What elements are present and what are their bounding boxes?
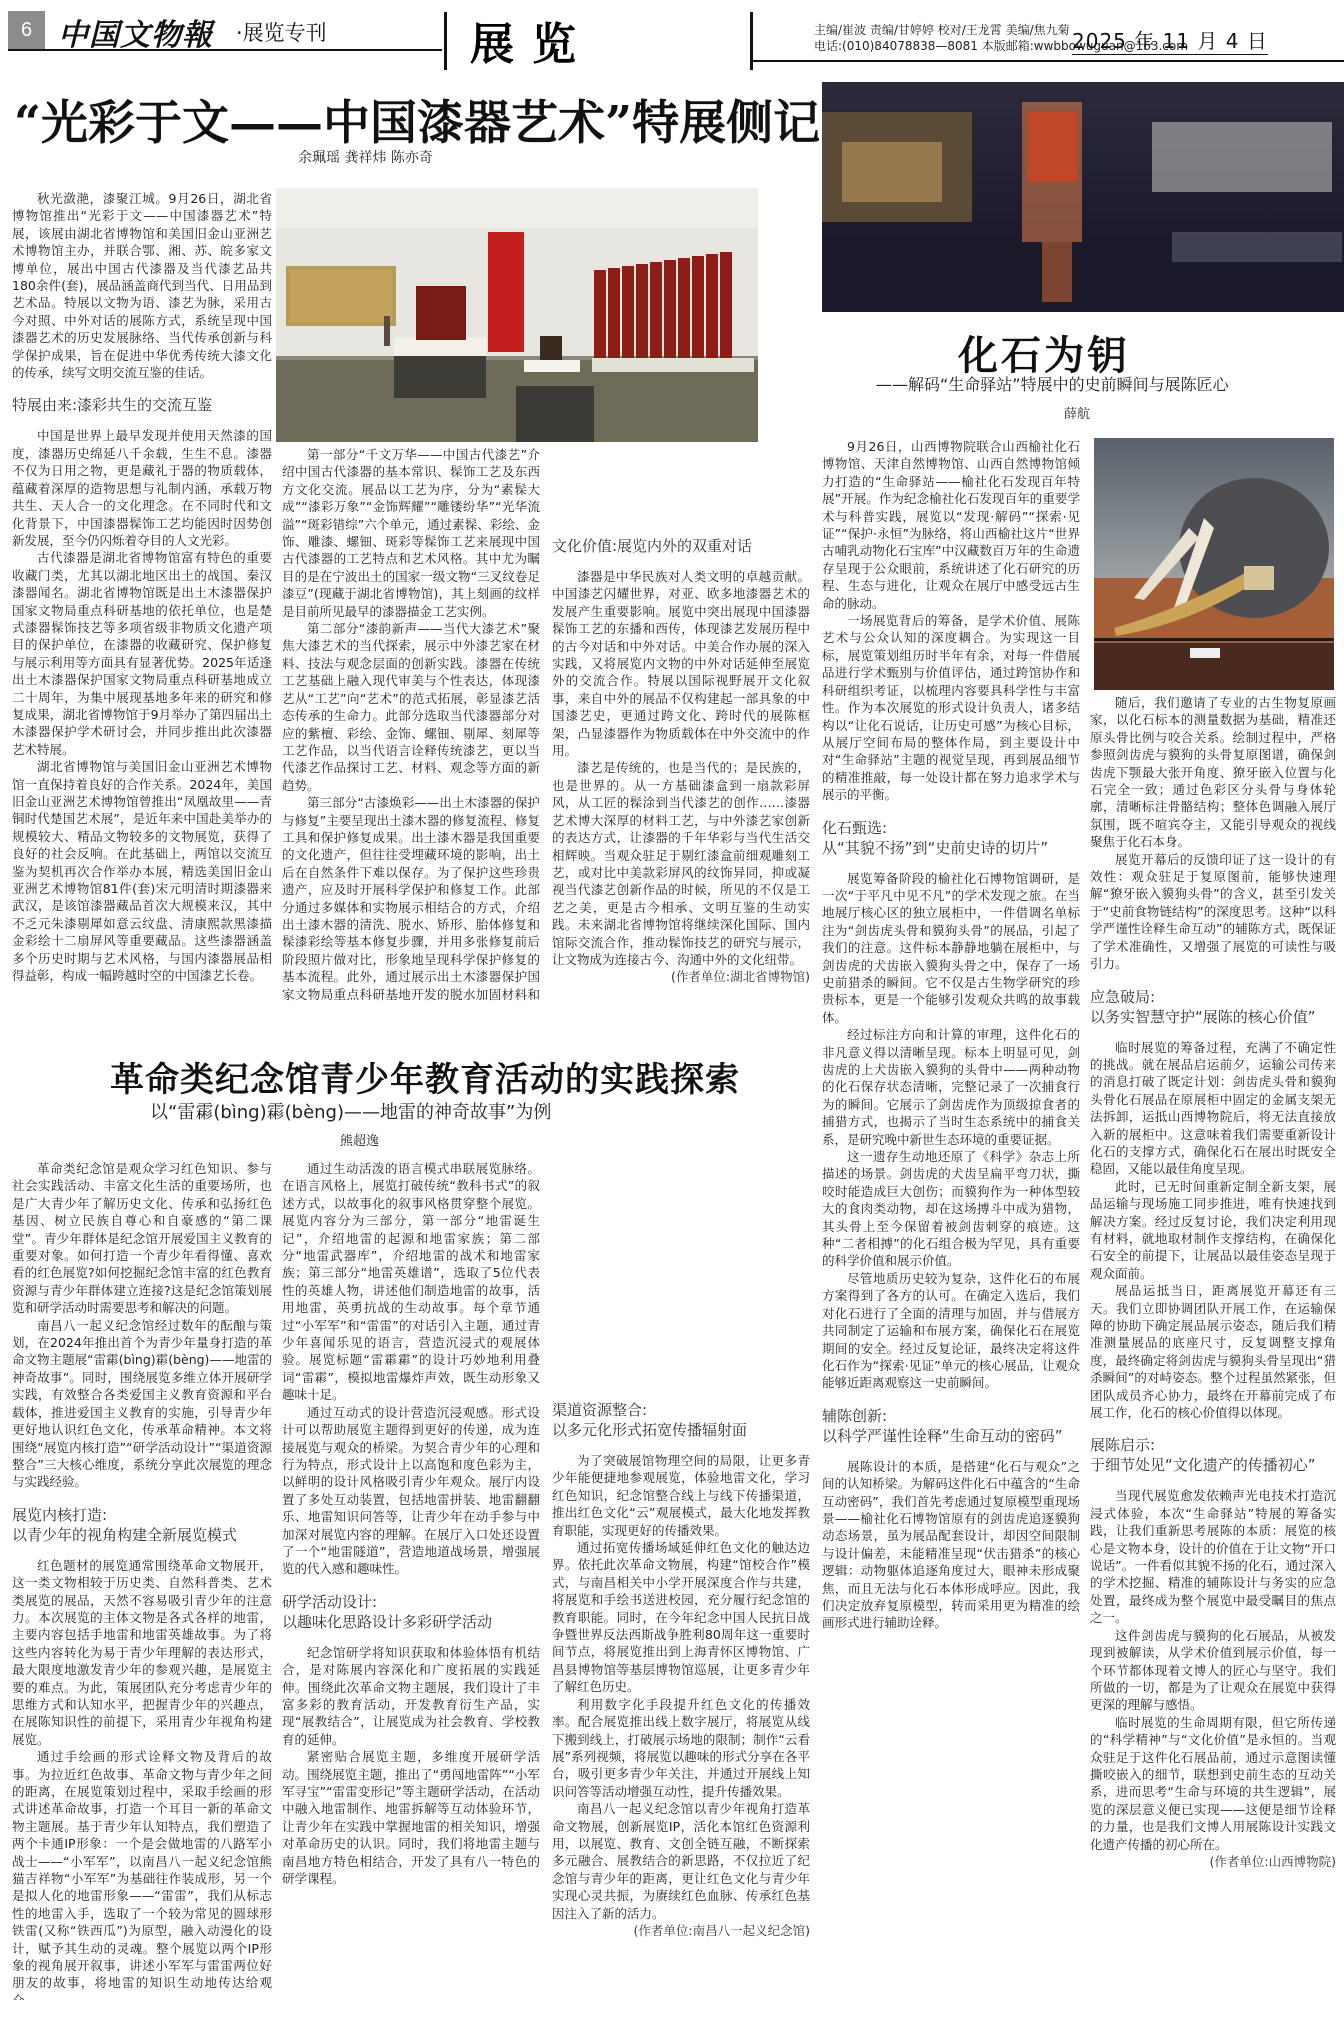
article2-section1-p1: 红色题材的展览通常围绕革命文物展开，这一类文物相较于历史类、自然科普类、艺术类展…	[12, 1557, 272, 1748]
article2-section1-p2: 通过手绘画的形式诠释文物及背后的故事。为拉近红色故事、革命文物与青少年之间的距离…	[12, 1748, 272, 2000]
article2-p2: 南昌八一起义纪念馆经过数年的酝酿与策划，在2024年推出首个为青少年量身打造的革…	[12, 1317, 272, 1491]
article3-section1-p4: 尽管地质历史较为复杂，这件化石的布展方案得到了各方的认可。在确定入选后，我们对化…	[822, 1270, 1080, 1392]
heading-line: 辅陈创新:	[822, 1406, 1080, 1426]
heading-line: 以趣味化思路设计多彩研学活动	[282, 1612, 540, 1632]
article3-section4-heading: 展陈启示: 于细节处见“文化遗产的传播初心”	[1090, 1435, 1336, 1475]
article3-top-photo	[822, 82, 1344, 312]
article2-section3-p4: 南昌八一起义纪念馆以青少年视角打造革命文物展，创新展览IP，活化本馆红色资源利用…	[552, 1800, 810, 1922]
article3-section3-p2: 此时，已无时间重新定制全新支架，展品运输与现场施工同步推进，唯有快速找到解决方案…	[1090, 1178, 1336, 1282]
article1-section1-heading: 特展由来:漆彩共生的交流互鉴	[12, 395, 272, 415]
article2-subtitle: 以“雷霦(bìng)霦(bèng)——地雷的神奇故事”为例	[150, 1098, 551, 1124]
heading-line: 于细节处见“文化遗产的传播初心”	[1090, 1455, 1336, 1475]
article3-section3-heading: 应急破局: 以务实智慧守护“展陈的核心价值”	[1090, 987, 1336, 1027]
article2-section1-p4: 通过互动式的设计营造沉浸观感。形式设计可以帮助展览主题得到更好的传递，成为连接展…	[282, 1404, 540, 1578]
heading-line: 研学活动设计:	[282, 1592, 540, 1612]
article3-column-2: 随后，我们邀请了专业的古生物复原画家，以化石标本的测量数据为基础，精准还原头骨比…	[1090, 694, 1336, 1944]
heading-line: 应急破局:	[1090, 987, 1336, 1007]
masthead-rule	[8, 49, 442, 51]
masthead-divider	[444, 12, 447, 70]
article3-section1-p3: 这一遗存生动地还原了《科学》杂志上所描述的场景。剑齿虎的犬齿呈扁平弯刀状，撕咬时…	[822, 1148, 1080, 1270]
supplement-name: ·展览专刊	[236, 17, 327, 47]
article1-author-unit: (作者单位:湖北省博物馆)	[552, 968, 810, 985]
article1-lead: 秋光潋滟，漆聚江城。9月26日，湖北省博物馆推出“光彩于文——中国漆器艺术”特展…	[12, 190, 272, 381]
article3-section1-p1: 展览筹备阶段的榆社化石博物馆调研，是一次“于平凡中见不凡”的学术发现之旅。在当地…	[822, 870, 1080, 1027]
article3-author-unit: (作者单位:山西博物院)	[1090, 1853, 1336, 1870]
article3-section4-p3: 临时展览的生命周期有限，但它所传递的“科学精神”与“文化价值”是永恒的。当观众驻…	[1090, 1714, 1336, 1853]
heading-line: 以务实智慧守护“展陈的核心价值”	[1090, 1007, 1336, 1027]
article3-column-1: 9月26日，山西博物院联合山西榆社化石博物馆、天津自然博物馆、山西自然博物馆倾力…	[822, 438, 1080, 1938]
article1-section2-p2: 第一部分“千文万华——中国古代漆艺”介绍中国古代漆器的基本常识、髹饰工艺及东西方…	[282, 446, 540, 620]
exhibition-hall-image	[276, 188, 758, 442]
heading-line: 从“其貌不扬”到“史前史诗的切片”	[822, 838, 1080, 858]
article2-section3-p2: 通过拓宽传播场域延伸红色文化的触达边界。依托此次革命文物展，构建“馆校合作”模式…	[552, 1539, 810, 1696]
article1-section1-p1: 中国是世界上最早发现并使用天然漆的国度，漆器历史绵延八千余载，生生不息。漆器不仅…	[12, 427, 272, 549]
article1-section2-heading: 展览叙事:漆艺脉络的多维诠释	[12, 998, 272, 1000]
heading-line: 化石甄选:	[822, 818, 1080, 838]
article2-section2-p1: 纪念馆研学将知识获取和体验体悟有机结合，是对陈展内容深化和广度拓展的实践延伸。围…	[282, 1644, 540, 1748]
heading-line: 展陈启示:	[1090, 1435, 1336, 1455]
issue-date: 2025 年 11 月 4 日	[1072, 25, 1268, 55]
newspaper-logo: 中国文物報	[58, 10, 213, 54]
article1-column-1: 秋光潋滟，漆聚江城。9月26日，湖北省博物馆推出“光彩于文——中国漆器艺术”特展…	[12, 190, 272, 1000]
article2-title: 革命类纪念馆青少年教育活动的实践探索	[110, 1052, 740, 1101]
article1-byline: 余珮瑶 龚祥炜 陈亦奇	[298, 147, 498, 167]
article3-subtitle: ——解码“生命驿站”特展中的史前瞬间与展陈匠心	[876, 372, 1229, 395]
article2-section2-p2: 紧密贴合展览主题，多维度开展研学活动。围绕展览主题，推出了“勇闯地雷阵”“小军军…	[282, 1748, 540, 1887]
article3-section2-p1: 展陈设计的本质，是搭建“化石与观众”之间的认知桥梁。为解码这件化石中蕴含的“生命…	[822, 1458, 1080, 1632]
article1-column-2: 第一部分“千文万华——中国古代漆艺”介绍中国古代漆器的基本常识、髹饰工艺及东西方…	[282, 446, 540, 1002]
article3-section1-p2: 经过标注方向和计算的审理，这件化石的非凡意义得以清晰呈现。标本上明显可见，剑齿虎…	[822, 1026, 1080, 1148]
page-number: 6	[8, 11, 45, 49]
article1-section2-p3: 第二部分“漆韵新声——当代大漆艺术”聚焦大漆艺术的当代探索，展示中外漆艺家在材料…	[282, 620, 540, 794]
article3-byline: 薛航	[1064, 403, 1090, 422]
article1-section2-p4: 第三部分“古漆焕彩——出土木漆器的保护与修复”主要呈现出土漆木器的修复流程、修复…	[282, 794, 540, 1002]
article3-side-photo	[1094, 438, 1334, 690]
article3-section1-heading: 化石甄选: 从“其貌不扬”到“史前史诗的切片”	[822, 818, 1080, 858]
article2-p1: 革命类纪念馆是观众学习红色知识、参与社会实践活动、丰富文化生活的重要场所，也是广…	[12, 1160, 272, 1317]
masthead-rule	[753, 60, 1344, 62]
article1-section3-p1: 漆器是中华民族对人类文明的卓越贡献。中国漆艺闪耀世界，对亚、欧多地漆器艺术的发展…	[552, 568, 810, 759]
article3-section3-p1: 临时展览的筹备过程，充满了不确定性的挑战。就在展品启运前夕，运输公司传来的消息打…	[1090, 1039, 1336, 1178]
article3-section4-p1: 当现代展览愈发依赖声光电技术打造沉浸式体验，本次“生命驿站”特展的筹备实践，让我…	[1090, 1487, 1336, 1626]
article1-column-3: 文化价值:展览内外的双重对话 漆器是中华民族对人类文明的卓越贡献。中国漆艺闪耀世…	[552, 446, 810, 1002]
article3-section2-p3: 展览开幕后的反馈印证了这一设计的有效性：观众驻足于复原图前，能够快速理解“獠牙嵌…	[1090, 851, 1336, 973]
article3-section4-p2: 这件剑齿虎与貘狗的化石展品，从被发现到被解读，从学术价值到展示价值，每一个环节都…	[1090, 1627, 1336, 1714]
article2-author-unit: (作者单位:南昌八一起义纪念馆)	[552, 1922, 810, 1939]
article2-section3-p3: 利用数字化手段提升红色文化的传播效率。配合展览推出线上数字展厅，将展览从线下搬到…	[552, 1696, 810, 1800]
article2-section1-heading: 展览内核打造: 以青少年的视角构建全新展览模式	[12, 1505, 272, 1545]
heading-line: 渠道资源整合:	[552, 1400, 810, 1420]
article3-p2: 一场展览背后的筹备，是学术价值、展陈艺术与公众认知的深度耦合。为实现这一目标，展…	[822, 612, 1080, 803]
heading-line: 以科学严谨性诠释“生命互动的密码”	[822, 1426, 1080, 1446]
article3-p1: 9月26日，山西博物院联合山西榆社化石博物馆、天津自然博物馆、山西自然博物馆倾力…	[822, 438, 1080, 612]
article3-section3-p3: 展品运抵当日，距离展览开幕还有三天。我们立即协调团队开展工作，在运输保障的协助下…	[1090, 1282, 1336, 1421]
article1-section3-p2: 漆艺是传统的，也是当代的；是民族的，也是世界的。从一方基础漆盒到一扇款彩屏风，从…	[552, 759, 810, 968]
article1-title: “光彩于文——中国漆器艺术”特展侧记	[14, 86, 820, 153]
article2-section2-heading: 研学活动设计: 以趣味化思路设计多彩研学活动	[282, 1592, 540, 1632]
article1-section1-p2: 古代漆器是湖北省博物馆富有特色的重要收藏门类，尤其以湖北地区出土的战国、秦汉漆器…	[12, 549, 272, 758]
article2-byline: 熊超逸	[340, 1130, 379, 1149]
heading-line: 展览内核打造:	[12, 1505, 272, 1525]
article3-section2-heading: 辅陈创新: 以科学严谨性诠释“生命互动的密码”	[822, 1406, 1080, 1446]
fossil-elephant-image	[1094, 438, 1334, 690]
article2-column-2: 通过生动活泼的语言模式串联展览脉络。在语言风格上，展览打破传统“教科书式”的叙述…	[282, 1160, 540, 2000]
article1-section1-p3: 湖北省博物馆与美国旧金山亚洲艺术博物馆一直保持着良好的合作关系。2024年，美国…	[12, 758, 272, 984]
article1-photo	[276, 188, 758, 442]
section-name: 展览	[470, 8, 594, 72]
article2-section3-heading: 渠道资源整合: 以多元化形式拓宽传播辐射面	[552, 1400, 810, 1440]
heading-line: 以多元化形式拓宽传播辐射面	[552, 1420, 810, 1440]
heading-line: 以青少年的视角构建全新展览模式	[12, 1525, 272, 1545]
masthead: 6 中国文物報 ·展览专刊 展览 主编/崔波 责编/甘婷婷 校对/王龙霄 美编/…	[0, 0, 1344, 62]
article2-section1-p3: 通过生动活泼的语言模式串联展览脉络。在语言风格上，展览打破传统“教科书式”的叙述…	[282, 1160, 540, 1404]
article3-section2-p2: 随后，我们邀请了专业的古生物复原画家，以化石标本的测量数据为基础，精准还原头骨比…	[1090, 694, 1336, 851]
article2-column-3: 渠道资源整合: 以多元化形式拓宽传播辐射面 为了突破展馆物理空间的局限，让更多青…	[552, 1160, 810, 1940]
article2-column-1: 革命类纪念馆是观众学习红色知识、参与社会实践活动、丰富文化生活的重要场所，也是广…	[12, 1160, 272, 2000]
article1-section3-heading: 文化价值:展览内外的双重对话	[552, 536, 810, 556]
fossil-hall-image	[822, 82, 1344, 312]
article2-section3-p1: 为了突破展馆物理空间的局限，让更多青少年能便捷地参观展览，体验地雷文化，学习红色…	[552, 1452, 810, 1539]
